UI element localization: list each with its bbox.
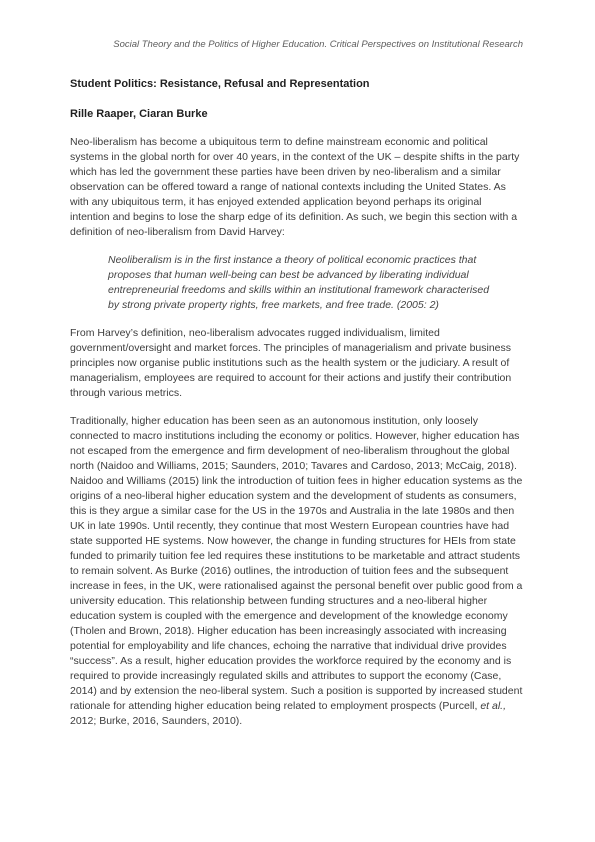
article-authors: Rille Raaper, Ciaran Burke	[70, 107, 523, 122]
harvey-block-quote: Neoliberalism is in the first instance a…	[108, 253, 501, 313]
paragraph-neoliberalism-intro: Neo-liberalism has become a ubiquitous t…	[70, 135, 523, 240]
paragraph-harvey-definition: From Harvey’s definition, neo-liberalism…	[70, 326, 523, 401]
paragraph-segment: Traditionally, higher education has been…	[70, 415, 522, 712]
running-header: Social Theory and the Politics of Higher…	[70, 38, 523, 51]
paragraph-segment: 2012; Burke, 2016, Saunders, 2010).	[70, 715, 242, 727]
paragraph-higher-education-neoliberalism: Traditionally, higher education has been…	[70, 414, 523, 729]
page-title: Student Politics: Resistance, Refusal an…	[70, 77, 523, 92]
paragraph-segment-et-al: et al.,	[480, 700, 506, 712]
document-page: Social Theory and the Politics of Higher…	[0, 0, 595, 842]
